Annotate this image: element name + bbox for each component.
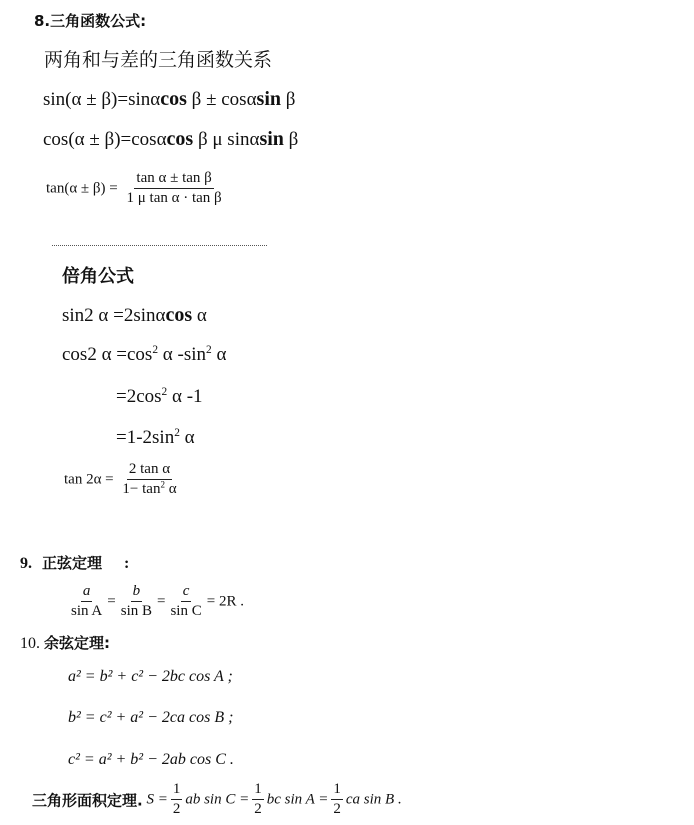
law-of-cosines-a: a² = b² + c² − 2bc cos A ;	[68, 668, 233, 686]
section-divider	[52, 245, 267, 246]
sin-sum-formula: sin(α ± β)=sinαcos β ± cosαsin β	[43, 88, 295, 111]
cos-double-formula-alt2: =1-2sin2 α	[116, 427, 195, 449]
tan-double-fraction: 2 tan α 1− tan2 α	[120, 461, 178, 499]
section-9-heading: 9. 正弦定理 :	[20, 552, 129, 573]
law-of-cosines-b: b² = c² + a² − 2ca cos B ;	[68, 709, 233, 727]
section-10-heading: 10. 余弦定理:	[20, 632, 110, 653]
triangle-area-formula: 三角形面积定理. S =12ab sin C =12bc sin A =12ca…	[32, 781, 402, 819]
tan-sum-formula: tan(α ± β) = tan α ± tan β 1 μ tan α · t…	[46, 170, 227, 208]
sin-double-formula: sin2 α =2sinαcos α	[62, 304, 207, 327]
tan-double-formula: tan 2α = 2 tan α 1− tan2 α	[64, 461, 182, 499]
cos-sum-formula: cos(α ± β)=cosαcos β μ sinαsin β	[43, 128, 298, 151]
law-of-sines-formula: asin A=bsin B=csin C= 2R .	[66, 583, 244, 621]
section-8-heading: 8.三角函数公式:	[34, 10, 146, 31]
double-angle-title: 倍角公式	[62, 262, 134, 288]
tan-sum-fraction: tan α ± tan β 1 μ tan α · tan β	[125, 170, 224, 208]
cos-double-formula-alt1: =2cos2 α -1	[116, 386, 203, 408]
cos-double-formula: cos2 α =cos2 α -sin2 α	[62, 344, 226, 366]
sum-difference-title: 两角和与差的三角函数关系	[44, 45, 272, 72]
law-of-cosines-c: c² = a² + b² − 2ab cos C .	[68, 751, 234, 769]
